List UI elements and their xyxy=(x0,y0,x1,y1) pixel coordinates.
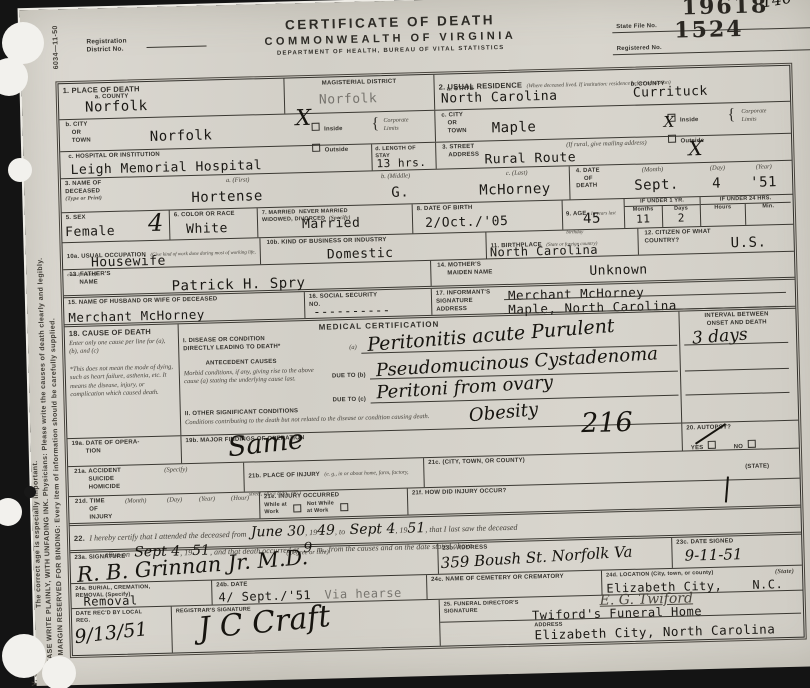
father-value: Patrick H. Spry xyxy=(171,275,305,294)
certificate-paper: 6034—11-50 MARGIN RESERVED FOR BINDING: … xyxy=(20,0,810,686)
field-date-of-birth: 8. DATE OF BIRTH 2/Oct./'05 xyxy=(413,201,564,234)
age-value: 45 xyxy=(583,211,601,227)
place-corporate-label: Corporate Limits xyxy=(383,117,408,133)
code-216-hand: 216 xyxy=(581,409,633,437)
field-citizen: 12. CITIZEN OF WHAT COUNTRY? U.S. xyxy=(638,225,792,255)
while-at-work-checkbox xyxy=(293,504,301,512)
field-interval: INTERVAL BETWEEN ONSET AND DEATH 3 days xyxy=(679,309,796,423)
dob-value: 2/Oct./'05 xyxy=(425,214,509,231)
morbid-note: Morbid conditions, if any, giving rise t… xyxy=(184,366,330,386)
sex-pen-mark: 4 xyxy=(148,211,164,235)
cause-b-label: DUE TO (b) xyxy=(332,373,366,381)
field-sex: 5. SEX Female 4 xyxy=(62,210,171,242)
margin-age-note: The correct age is especially important. xyxy=(32,460,43,608)
disposal-state-value: N.C. xyxy=(752,577,783,592)
place-city-inside-mark: X xyxy=(295,108,311,130)
mother-value: Unknown xyxy=(589,262,648,278)
injury-state-label: (STATE) xyxy=(745,463,769,471)
punch-hole xyxy=(2,634,46,678)
place-county-value: Norfolk xyxy=(85,98,148,116)
field-registrar-signature: REGISTRAR'S SIGNATURE J C Craft xyxy=(172,600,441,653)
disposal-value: Removal xyxy=(83,593,137,608)
field-place-of-death: 1. PLACE OF DEATH a. COUNTY Norfolk xyxy=(58,79,285,120)
field-date-of-death: 4. DATE OF DEATH (Month) (Day) (Year) Se… xyxy=(570,161,791,200)
dod-year-label: (Year) xyxy=(756,163,772,172)
registered-label: Registered No. xyxy=(617,45,662,53)
place-of-injury-label: 21b. PLACE OF INJURY xyxy=(248,472,320,480)
findings-value: Same xyxy=(226,426,305,461)
field-length-of-stay: d. LENGTH OF STAY 13 hrs. xyxy=(372,143,437,171)
name-last-label: c. (Last) xyxy=(506,169,528,178)
registration-district-line xyxy=(147,46,207,49)
dod-day-value: 4 xyxy=(712,176,721,192)
ssn-value: ---------- xyxy=(313,303,391,319)
antecedent-label: ANTECEDENT CAUSES xyxy=(206,359,277,368)
place-title: 1. PLACE OF DEATH xyxy=(58,79,283,96)
interval-line-c xyxy=(686,392,790,396)
accident-specify-note: (Specify) xyxy=(164,466,187,475)
race-value: White xyxy=(186,221,228,237)
citizen-value: U.S. xyxy=(730,234,766,251)
field-occupation: 10a. USUAL OCCUPATION (Give kind of work… xyxy=(62,238,261,269)
field-autopsy: 20. AUTOPSY? YES NO xyxy=(682,421,797,451)
residence-corporate-label: Corporate Limits xyxy=(741,108,766,124)
residence-county-value: Currituck xyxy=(633,84,708,101)
field-age-under-1yr: IF UNDER 1 YR. Months 11 Days 2 xyxy=(625,197,702,228)
dod-year-value: '51 xyxy=(750,174,777,191)
not-while-at-work-checkbox xyxy=(340,503,348,511)
field-date-received: DATE REC'D BY LOCAL REG. 9/13/51 xyxy=(72,607,173,656)
row-cause-of-death: 18. CAUSE OF DEATH Enter only one cause … xyxy=(65,309,799,439)
dod-month-value: Sept. xyxy=(634,177,679,194)
field-ssn: 16. SOCIAL SECURITY NO. ---------- xyxy=(305,289,433,318)
street-value: Rural Route xyxy=(484,150,576,167)
field-cemetery: 24c. NAME OF CEMETERY OR CREMATORY xyxy=(427,571,603,599)
field-injury-occurred: 21e. INJURY OCCURRED While atWork Not Wh… xyxy=(260,489,409,519)
marital-value: Married xyxy=(302,216,361,232)
field-disposal-location: 24d. LOCATION (City, town, or county) (S… xyxy=(602,566,801,595)
other-conditions-value: Obesity xyxy=(468,401,539,426)
name-middle-label: b. (Middle) xyxy=(381,172,410,181)
disposal-via-value: Via hearse xyxy=(324,586,402,602)
hours-label: Hours xyxy=(701,204,745,212)
place-city-value: Norfolk xyxy=(150,127,213,145)
residence-brace: { xyxy=(727,107,735,123)
cause-a-label: (a) xyxy=(349,344,357,352)
date-received-value: 9/13/51 xyxy=(74,620,149,647)
funeral-address-value: Elizabeth City, North Carolina xyxy=(534,621,775,642)
residence-state-value: North Carolina xyxy=(441,89,558,107)
field-date-signed: 23c. DATE SIGNED 9-11-51 xyxy=(672,535,800,568)
dod-day-label: (Day) xyxy=(710,164,725,173)
min-label: Min. xyxy=(746,202,791,210)
autopsy-label: 20. AUTOPSY? xyxy=(682,421,796,433)
place-inside-label: Inside xyxy=(324,126,343,132)
state-file-label: State File No. xyxy=(616,23,657,31)
magisterial-value: Norfolk xyxy=(319,91,378,107)
autopsy-yes-checkbox xyxy=(708,441,716,449)
certify-from-year: 49 xyxy=(317,522,335,538)
residence-outside-mark: X xyxy=(663,115,674,130)
field-place-of-injury: 21b. PLACE OF INJURY (e. g., in or about… xyxy=(244,458,425,492)
field-birthplace: 11. BIRTHPLACE (State or foreign country… xyxy=(486,229,639,259)
date-signed-value: 9-11-51 xyxy=(684,547,742,563)
residence-city-value: Maple xyxy=(492,119,537,136)
punch-hole xyxy=(42,656,76,688)
field-time-of-injury: 21d. TIME OF INJURY (Month) (Day) (Year)… xyxy=(69,492,261,523)
months-value: 11 xyxy=(625,212,662,226)
field-age-under-24hr: IF UNDER 24 HRS. Hours Min. xyxy=(701,195,792,226)
cause-c-label: DUE TO (c) xyxy=(332,397,366,405)
field-operation-date: 19a. DATE OF OPERA- TION xyxy=(67,436,182,466)
name-first-value: Hortense xyxy=(191,188,263,206)
death-certificate-form: 1. PLACE OF DEATH a. COUNTY Norfolk MAGI… xyxy=(57,65,804,656)
registration-district-label: Registration District No. xyxy=(86,38,127,55)
industry-value: Domestic xyxy=(327,246,394,263)
field-funeral-director: 25. FUNERAL DIRECTOR'S SIGNATURE E. G. T… xyxy=(440,591,802,646)
punch-hole xyxy=(0,498,22,526)
punch-hole xyxy=(8,158,32,182)
street-mark: X xyxy=(688,138,703,158)
field-physician-address: 23b. ADDRESS 359 Boush St. Norfolk Va xyxy=(438,538,673,574)
form-code-top: 6034—11-50 xyxy=(52,25,60,69)
interval-line-b xyxy=(685,368,789,372)
certify-number: 22. xyxy=(74,534,85,543)
state-file-extra-hand: 140 xyxy=(760,0,793,10)
certificate-title-block: CERTIFICATE OF DEATH COMMONWEALTH OF VIR… xyxy=(245,11,536,59)
stay-value: 13 hrs. xyxy=(376,156,426,170)
certify-to-date: Sept 4 xyxy=(349,521,395,538)
spouse-value: Merchant McHorney xyxy=(68,307,205,325)
race-label: 6. COLOR OR RACE xyxy=(170,208,257,219)
field-race: 6. COLOR OR RACE White xyxy=(170,208,259,239)
certify-from-date: June 30 xyxy=(251,523,306,540)
cause-note1: Enter only one cause per line for (a), (… xyxy=(69,337,174,356)
place-inside-checkbox xyxy=(312,122,320,130)
days-value: 2 xyxy=(662,211,700,225)
name-last-value: McHorney xyxy=(479,181,551,199)
name-middle-value: G. xyxy=(391,184,409,200)
dod-month-label: (Month) xyxy=(642,166,664,175)
name-first-label: a. (First) xyxy=(226,176,250,185)
residence-inside-label: Inside xyxy=(680,117,699,123)
cause-title: 18. CAUSE OF DEATH xyxy=(69,326,174,338)
registered-number-stamp: 1524 xyxy=(674,18,744,42)
field-marital-status: 7. MARRIED NEVER MARRIED WIDOWED, DIVORC… xyxy=(258,204,414,237)
field-disposal-type: 24a. BURIAL, CREMATION, REMOVAL (Specify… xyxy=(71,581,213,609)
magisterial-label: MAGISTERIAL DISTRICT xyxy=(284,75,433,89)
punch-dot xyxy=(24,486,36,498)
sex-value: Female xyxy=(65,224,115,240)
certify-to-year: 51 xyxy=(407,520,425,536)
place-brace: { xyxy=(371,116,379,132)
field-spouse: 15. NAME OF HUSBAND OR WIFE OF DECEASED … xyxy=(64,292,306,324)
field-age: 9. AGE In years last birthday 45 xyxy=(563,199,626,230)
cause-note2: *This does not mean the mode of dying, s… xyxy=(70,364,176,399)
field-cause-notes: 18. CAUSE OF DEATH Enter only one cause … xyxy=(65,324,182,438)
field-accident-suicide: 21a. ACCIDENT SUICIDE HOMICIDE (Specify) xyxy=(68,463,245,496)
autopsy-no-checkbox xyxy=(747,440,755,448)
